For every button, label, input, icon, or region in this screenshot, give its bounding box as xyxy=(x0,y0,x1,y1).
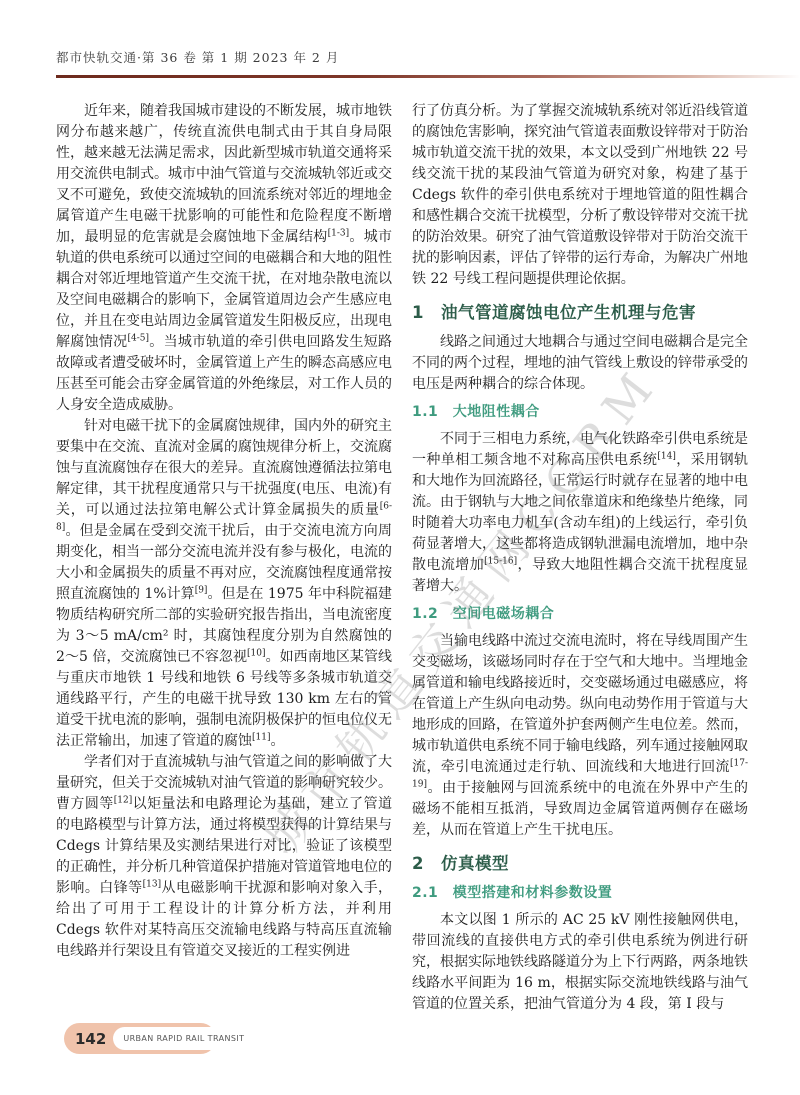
paragraph: 行了仿真分析。为了掌握交流城轨系统对邻近沿线管道的腐蚀危害影响，探究油气管道表面… xyxy=(412,101,748,290)
reference-marker: [6-8] xyxy=(56,501,392,532)
two-column-text-area: 近年来，随着我国城市建设的不断发展，城市地铁网分布越来越广，传统直流供电制式由于… xyxy=(56,101,748,1015)
left-column: 近年来，随着我国城市建设的不断发展，城市地铁网分布越来越广，传统直流供电制式由于… xyxy=(56,101,392,1015)
reference-marker: [13] xyxy=(143,879,161,889)
reference-marker: [12] xyxy=(114,795,132,805)
paragraph: 本文以图 1 所示的 AC 25 kV 刚性接触网供电，带回流线的直接供电方式的… xyxy=(412,910,748,1015)
paragraph: 近年来，随着我国城市建设的不断发展，城市地铁网分布越来越广，传统直流供电制式由于… xyxy=(56,101,392,416)
paragraph: 当输电线路中流过交流电流时，将在导线周围产生交变磁场，该磁场同时存在于空气和大地… xyxy=(412,631,748,841)
reference-marker: [15-16] xyxy=(484,556,517,566)
reference-marker: [14] xyxy=(657,451,675,461)
page-number: 142 xyxy=(64,1030,106,1048)
right-column: 行了仿真分析。为了掌握交流城轨系统对邻近沿线管道的腐蚀危害影响，探究油气管道表面… xyxy=(412,101,748,1015)
reference-marker: [17-19] xyxy=(412,758,748,789)
reference-marker: [4-5] xyxy=(127,333,149,343)
reference-marker: [11] xyxy=(252,732,270,742)
header-rule xyxy=(56,75,800,78)
running-head: 都市快轨交通·第 36 卷 第 1 期 2023 年 2 月 xyxy=(56,48,339,66)
section-heading: 1 油气管道腐蚀电位产生机理与危害 xyxy=(412,302,748,323)
footer-page-badge: 142 URBAN RAPID RAIL TRANSIT xyxy=(64,1023,216,1054)
reference-marker: [1-3] xyxy=(328,228,350,238)
paragraph: 学者们对于直流城轨与油气管道之间的影响做了大量研究，但关于交流城轨对油气管道的影… xyxy=(56,752,392,962)
reference-marker: [9] xyxy=(195,585,208,595)
section-heading: 2 仿真模型 xyxy=(412,853,748,874)
journal-page: 都市快轨交通·第 36 卷 第 1 期 2023 年 2 月 城市轨道交通网CC… xyxy=(0,0,800,1095)
subsection-heading: 2.1 模型搭建和材料参数设置 xyxy=(412,883,748,904)
subsection-heading: 1.1 大地阻性耦合 xyxy=(412,402,748,423)
reference-marker: [10] xyxy=(247,648,265,658)
paragraph: 不同于三相电力系统，电气化铁路牵引供电系统是一种单相工频含地不对称高压供电系统[… xyxy=(412,429,748,597)
journal-name-english: URBAN RAPID RAIL TRANSIT xyxy=(113,1027,254,1050)
subsection-heading: 1.2 空间电磁场耦合 xyxy=(412,604,748,625)
paragraph: 线路之间通过大地耦合与通过空间电磁耦合是完全不同的两个过程，埋地的油气管线上敷设… xyxy=(412,332,748,395)
paragraph: 针对电磁干扰下的金属腐蚀规律，国内外的研究主要集中在交流、直流对金属的腐蚀规律分… xyxy=(56,416,392,752)
